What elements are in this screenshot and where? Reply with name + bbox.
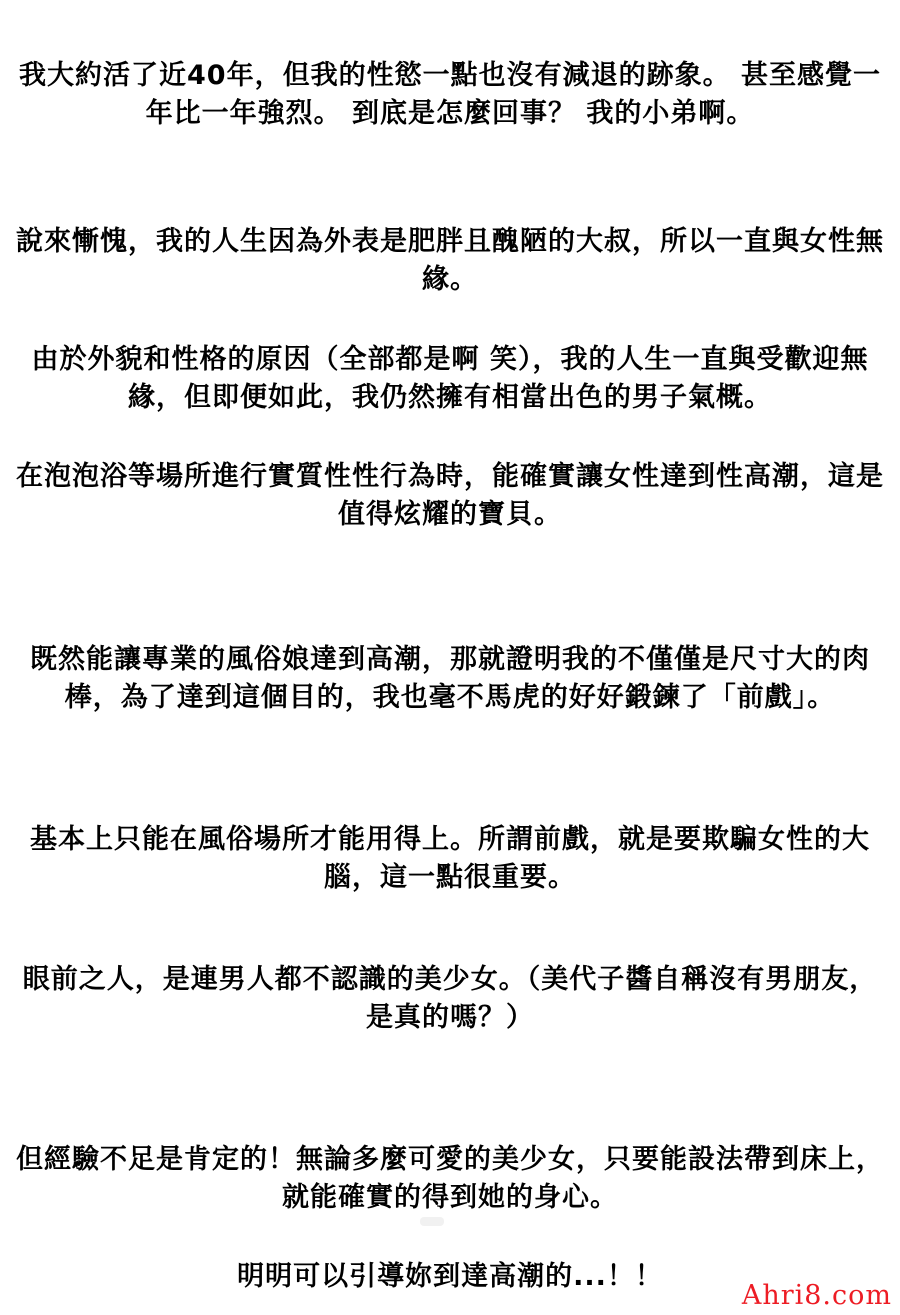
faint-smudge-artifact — [420, 1217, 444, 1226]
paragraph: 在泡泡浴等場所進行實質性性行為時，能確實讓女性達到性高潮，這是 值得炫耀的寶貝。 — [10, 458, 890, 534]
text-line: 就能確實的得到她的身心。 — [10, 1179, 890, 1217]
paragraph: 說來慚愧，我的人生因為外表是肥胖且醜陋的大叔，所以一直與女性無 緣。 — [10, 223, 890, 299]
text-line: 說來慚愧，我的人生因為外表是肥胖且醜陋的大叔，所以一直與女性無 — [10, 223, 890, 261]
watermark: Ahri8.com — [742, 1280, 892, 1311]
paragraph: 由於外貌和性格的原因（全部都是啊 笑），我的人生一直與受歡迎無 緣，但即便如此，… — [10, 341, 890, 417]
text-line: 在泡泡浴等場所進行實質性性行為時，能確實讓女性達到性高潮，這是 — [10, 458, 890, 496]
text-line: 緣。 — [10, 261, 890, 299]
text-line: 既然能讓專業的風俗娘達到高潮，那就證明我的不僅僅是尺寸大的肉 — [10, 641, 890, 679]
text-line: 緣，但即便如此，我仍然擁有相當出色的男子氣概。 — [10, 379, 890, 417]
text-line: 我大約活了近40年，但我的性慾一點也沒有減退的跡象。 甚至感覺一 — [10, 57, 890, 95]
paragraph: 但經驗不足是肯定的！無論多麼可愛的美少女，只要能設法帶到床上， 就能確實的得到她… — [10, 1141, 890, 1217]
text-line: 年比一年強烈。 到底是怎麼回事？ 我的小弟啊。 — [10, 95, 890, 133]
paragraph: 既然能讓專業的風俗娘達到高潮，那就證明我的不僅僅是尺寸大的肉 棒，為了達到這個目… — [10, 641, 890, 717]
text-line: 值得炫耀的寶貝。 — [10, 496, 890, 534]
text-line: 基本上只能在風俗場所才能用得上。所謂前戲，就是要欺騙女性的大 — [10, 821, 890, 859]
paragraph: 基本上只能在風俗場所才能用得上。所謂前戲，就是要欺騙女性的大 腦，這一點很重要。 — [10, 821, 890, 897]
text-line: 眼前之人，是連男人都不認識的美少女。（美代子醬自稱沒有男朋友， — [10, 961, 890, 999]
text-line: 但經驗不足是肯定的！無論多麼可愛的美少女，只要能設法帶到床上， — [10, 1141, 890, 1179]
text-page: 我大約活了近40年，但我的性慾一點也沒有減退的跡象。 甚至感覺一 年比一年強烈。… — [0, 0, 900, 1315]
paragraph: 眼前之人，是連男人都不認識的美少女。（美代子醬自稱沒有男朋友， 是真的嗎？） — [10, 961, 890, 1037]
paragraph: 我大約活了近40年，但我的性慾一點也沒有減退的跡象。 甚至感覺一 年比一年強烈。… — [10, 57, 890, 133]
text-line: 由於外貌和性格的原因（全部都是啊 笑），我的人生一直與受歡迎無 — [10, 341, 890, 379]
text-line: 棒，為了達到這個目的，我也毫不馬虎的好好鍛鍊了「前戲」。 — [10, 679, 890, 717]
text-line: 是真的嗎？） — [10, 999, 890, 1037]
text-line: 腦，這一點很重要。 — [10, 859, 890, 897]
